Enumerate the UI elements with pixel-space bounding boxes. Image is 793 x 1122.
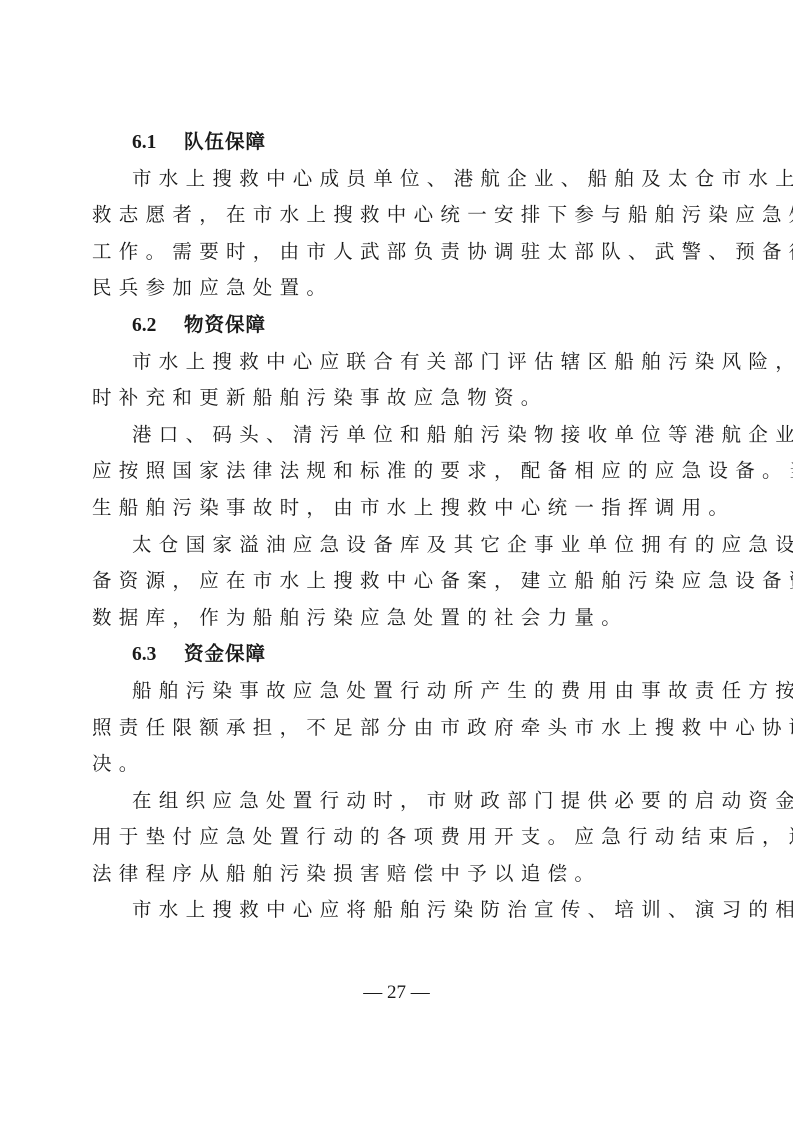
paragraph: 市水上搜救中心成员单位、港航企业、船舶及太仓市水上搜 救志愿者，在市水上搜救中心… (92, 161, 686, 307)
document-page: 6.1队伍保障 市水上搜救中心成员单位、港航企业、船舶及太仓市水上搜 救志愿者，… (92, 124, 686, 929)
paragraph: 船舶污染事故应急处置行动所产生的费用由事故责任方按 照责任限额承担，不足部分由市… (92, 673, 686, 783)
text-line: 在组织应急处置行动时，市财政部门提供必要的启动资金， (92, 783, 686, 820)
text-line: 市水上搜救中心应联合有关部门评估辖区船舶污染风险，及 (92, 344, 686, 381)
text-line: 救志愿者，在市水上搜救中心统一安排下参与船舶污染应急处置 (92, 197, 686, 234)
text-line: 时补充和更新船舶污染事故应急物资。 (92, 380, 686, 417)
section-number: 6.1 (132, 125, 184, 162)
text-line: 太仓国家溢油应急设备库及其它企事业单位拥有的应急设 (92, 527, 686, 564)
section-title: 资金保障 (184, 642, 266, 665)
text-line: 决。 (92, 746, 686, 783)
section-number: 6.3 (132, 637, 184, 674)
section-heading-6-3: 6.3资金保障 (92, 636, 686, 673)
text-line: 市水上搜救中心成员单位、港航企业、船舶及太仓市水上搜 (92, 161, 686, 198)
text-line: 应按照国家法律法规和标准的要求，配备相应的应急设备。当发 (92, 453, 686, 490)
paragraph: 市水上搜救中心应联合有关部门评估辖区船舶污染风险，及 时补充和更新船舶污染事故应… (92, 344, 686, 417)
paragraph: 港口、码头、清污单位和船舶污染物接收单位等港航企业， 应按照国家法律法规和标准的… (92, 417, 686, 527)
section-heading-6-1: 6.1队伍保障 (92, 124, 686, 161)
text-line: 数据库，作为船舶污染应急处置的社会力量。 (92, 600, 686, 637)
section-title: 物资保障 (184, 313, 266, 336)
text-line: 工作。需要时，由市人武部负责协调驻太部队、武警、预备役和 (92, 234, 686, 271)
text-line: 照责任限额承担，不足部分由市政府牵头市水上搜救中心协调解 (92, 710, 686, 747)
text-line: 生船舶污染事故时，由市水上搜救中心统一指挥调用。 (92, 490, 686, 527)
paragraph: 太仓国家溢油应急设备库及其它企事业单位拥有的应急设 备资源，应在市水上搜救中心备… (92, 527, 686, 637)
text-line: 法律程序从船舶污染损害赔偿中予以追偿。 (92, 856, 686, 893)
text-line: 用于垫付应急处置行动的各项费用开支。应急行动结束后，通过 (92, 819, 686, 856)
text-line: 船舶污染事故应急处置行动所产生的费用由事故责任方按 (92, 673, 686, 710)
text-line: 民兵参加应急处置。 (92, 270, 686, 307)
section-heading-6-2: 6.2物资保障 (92, 307, 686, 344)
text-line: 备资源，应在市水上搜救中心备案，建立船舶污染应急设备资源 (92, 563, 686, 600)
page-number: — 27 — (0, 982, 793, 1004)
section-title: 队伍保障 (184, 130, 266, 153)
paragraph: 在组织应急处置行动时，市财政部门提供必要的启动资金， 用于垫付应急处置行动的各项… (92, 783, 686, 893)
section-number: 6.2 (132, 308, 184, 345)
text-line: 港口、码头、清污单位和船舶污染物接收单位等港航企业， (92, 417, 686, 454)
paragraph: 市水上搜救中心应将船舶污染防治宣传、培训、演习的相关 (92, 892, 686, 929)
text-line: 市水上搜救中心应将船舶污染防治宣传、培训、演习的相关 (92, 892, 686, 929)
